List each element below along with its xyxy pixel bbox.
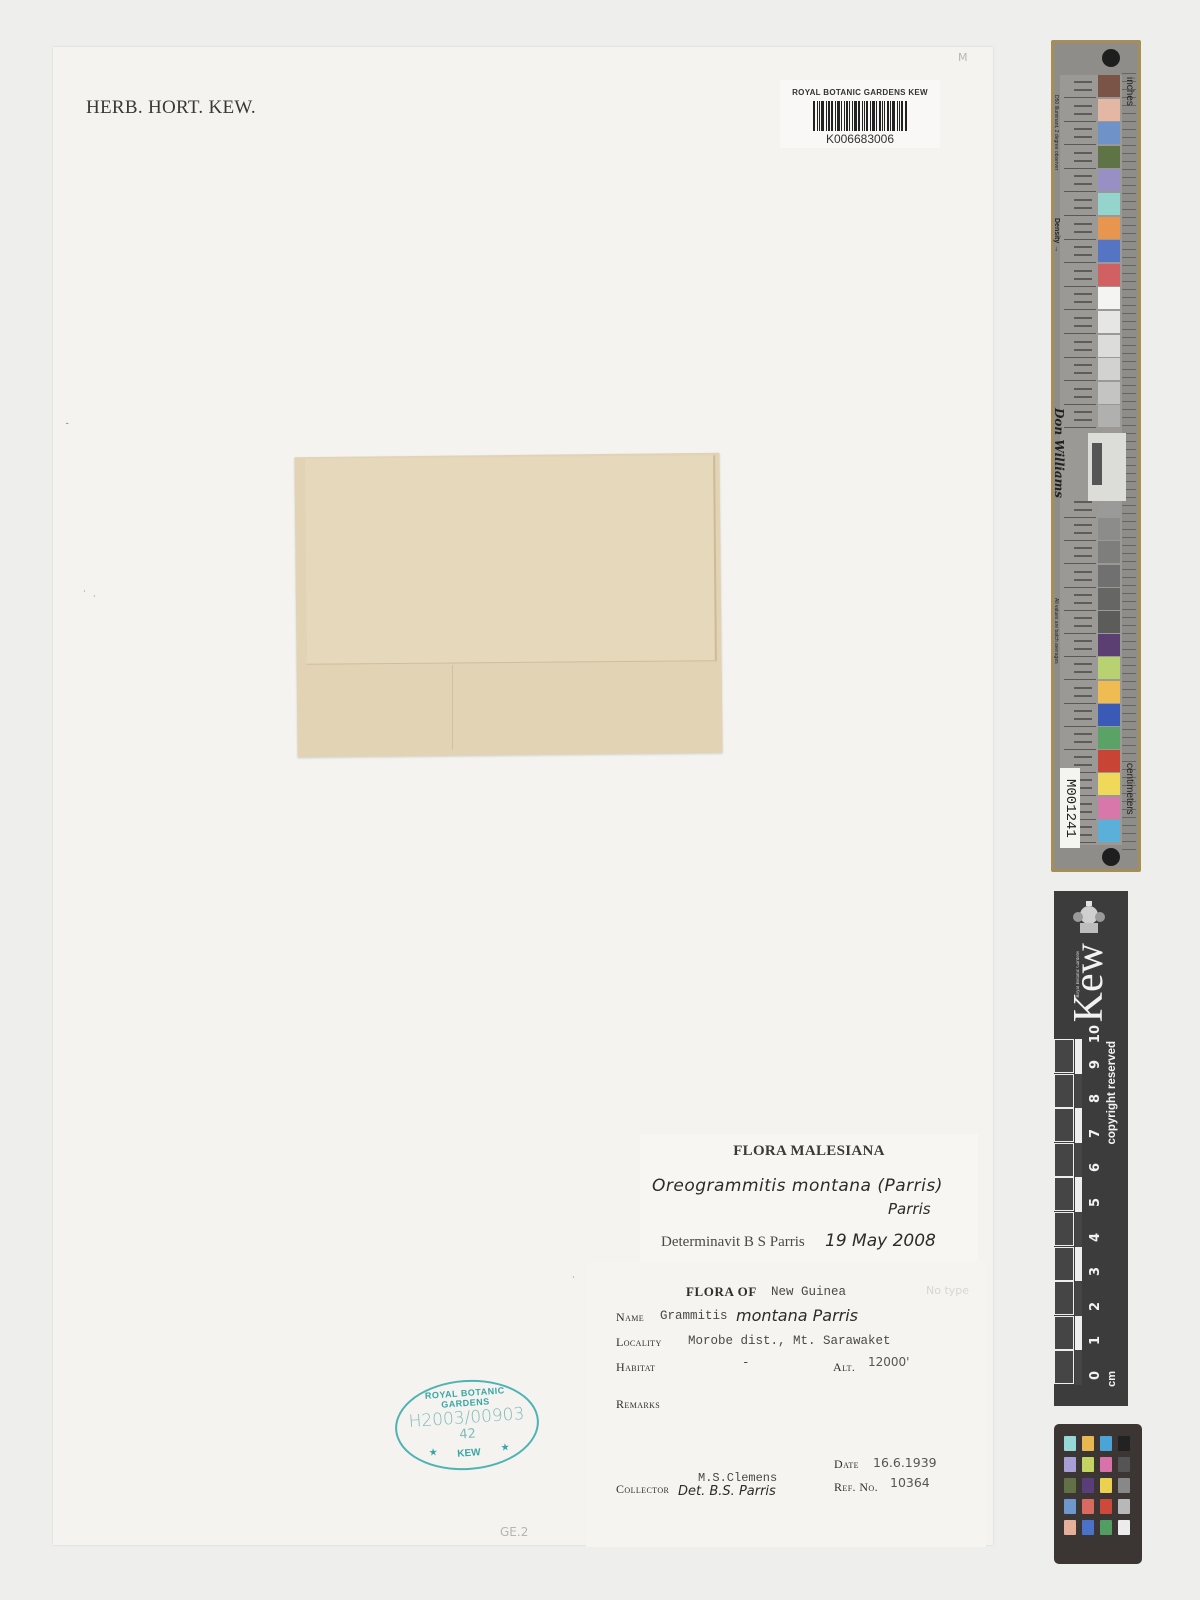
collector-det-note: Det. B.S. Parris [678,1484,776,1499]
checker-patch [1100,1478,1112,1493]
scale-block [1054,1074,1074,1108]
checker-patch [1118,1520,1130,1535]
flora-of-label: FLORA OF [686,1284,757,1300]
name-typed: Grammitis [660,1309,728,1323]
density-cell [1064,146,1096,169]
color-patch [1098,518,1120,540]
checker-patch [1082,1436,1094,1451]
density-cell [1064,611,1096,634]
checker-patch [1100,1520,1112,1535]
habitat-value: - [742,1356,750,1370]
density-cell [1064,193,1096,216]
density-cell [1064,518,1096,541]
stray-mark: · [93,592,96,601]
scale-block [1054,1212,1074,1246]
density-cell [1064,169,1096,192]
density-cell [1064,240,1096,263]
density-cell [1064,565,1096,588]
density-cell [1064,75,1096,98]
barcode-label: ROYAL BOTANIC GARDENS KEW K006683006 [780,80,940,148]
scale-tick-label: 4 [1088,1233,1108,1242]
color-patch [1098,657,1120,679]
specimen-packet[interactable] [296,455,726,777]
color-patch [1098,634,1120,656]
density-cell [1064,681,1096,704]
color-patch [1098,217,1120,239]
density-cell [1064,335,1096,358]
checker-patch [1064,1520,1076,1535]
altitude-label: Alt. [833,1360,855,1375]
scale-tick-label: 6 [1088,1163,1108,1172]
kew-logo: Kew [1064,943,1114,1022]
color-patch [1098,193,1120,215]
scale-alternating-strip [1075,1108,1082,1143]
date-label: Date [834,1457,859,1472]
bottom-pencil-mark: GE.2 [500,1525,528,1539]
density-cell [1064,122,1096,145]
color-patch [1098,820,1120,842]
scale-tick-label: 2 [1088,1302,1108,1311]
scale-block [1054,1316,1074,1350]
kew-accession-stamp: ROYAL BOTANIC GARDENS H2003/00903 42 ★ ★… [392,1375,542,1475]
checker-patch [1064,1457,1076,1472]
color-checker-card [1054,1424,1142,1564]
checker-patch [1100,1499,1112,1514]
color-patch [1098,122,1120,144]
density-cell [1064,217,1096,240]
remarks-label: Remarks [616,1397,660,1412]
det-handwritten-name: Oreogrammitis montana (Parris) [652,1176,943,1196]
scale-blocks [1054,1039,1078,1385]
scale-tick-label: 5 [1088,1198,1108,1207]
ruler-resolution-target [1088,433,1126,501]
color-patch [1098,681,1120,703]
herbarium-sheet: HERB. HORT. KEW. M ROYAL BOTANIC GARDENS… [53,47,993,1545]
scale-alternating-strip [1075,1143,1082,1178]
color-patch [1098,99,1120,121]
ruler-hole-top [1102,49,1120,67]
color-patch [1098,287,1120,309]
density-cell [1064,358,1096,381]
color-patch [1098,75,1120,97]
density-cell [1064,541,1096,564]
checker-patch [1118,1436,1130,1451]
density-cell [1064,382,1096,405]
stray-mark: · [83,587,86,596]
ruler-hole-bottom [1102,848,1120,866]
checker-patch [1082,1499,1094,1514]
kew-logo-subtitle: Royal Botanic Gardens [1076,951,1081,998]
density-cell [1064,634,1096,657]
checker-patch [1118,1478,1130,1493]
collection-date: 16.6.1939 [873,1455,937,1470]
scale-alternating-strip [1075,1247,1082,1282]
density-cell [1064,727,1096,750]
density-cell [1064,704,1096,727]
color-patch [1098,382,1120,404]
herbarium-header: HERB. HORT. KEW. [86,97,256,119]
ruler-id-tag: M001241 [1060,768,1080,848]
scale-block [1054,1108,1074,1142]
barcode-institution: ROYAL BOTANIC GARDENS KEW [780,88,940,97]
checker-patch [1082,1478,1094,1493]
color-patch [1098,405,1120,427]
checker-patch [1064,1499,1076,1514]
collector-label: Collector [616,1482,669,1497]
scale-tick-label: 8 [1088,1094,1108,1103]
scale-block [1054,1177,1074,1211]
scale-tick-label: 3 [1088,1267,1108,1276]
scale-alternating-strip [1075,1316,1082,1351]
scale-tick-label: 0 [1088,1371,1108,1380]
royal-crest-icon [1072,899,1106,939]
color-patch [1098,541,1120,563]
scale-block [1054,1247,1074,1281]
scale-alternating-strip [1075,1177,1082,1212]
scale-alternating-strip [1075,1074,1082,1109]
faint-pencil-note: No type [926,1284,969,1297]
name-label: Name [616,1310,644,1325]
scale-block [1054,1039,1074,1073]
ruler-centimeters-label: centimeters [1124,763,1135,815]
ref-no-value: 10364 [890,1475,930,1490]
scale-alternating-strip [1075,1281,1082,1316]
density-cell [1064,588,1096,611]
color-calibration-ruler: inches centimeters D50 Illuminant, 2 deg… [1051,40,1141,872]
determination-date: 19 May 2008 [825,1231,936,1251]
color-patch [1098,565,1120,587]
density-cell [1064,99,1096,122]
checker-patch [1064,1478,1076,1493]
checker-patch [1100,1436,1112,1451]
checker-patch [1118,1499,1130,1514]
density-cell [1064,405,1096,428]
scale-block [1054,1350,1074,1384]
checker-patch [1082,1520,1094,1535]
scale-tick-label: 9 [1088,1060,1108,1069]
checker-patch [1118,1457,1130,1472]
color-patch [1098,240,1120,262]
color-patch [1098,588,1120,610]
checker-patch [1064,1436,1076,1451]
altitude-value: 12000' [868,1355,909,1369]
flora-of-value: New Guinea [771,1285,846,1299]
scale-tick-label: 7 [1088,1129,1108,1138]
habitat-label: Habitat [616,1360,655,1375]
checker-patch [1082,1457,1094,1472]
color-patch [1098,335,1120,357]
ref-no-label: Ref. No. [834,1480,878,1495]
barcode-number: K006683006 [780,132,940,146]
packet-fold-line [452,665,453,750]
scale-alternating-strip [1075,1039,1082,1074]
color-patch [1098,311,1120,333]
color-patch [1098,358,1120,380]
top-pencil-mark: M [958,51,968,64]
scale-tick-label: 1 [1088,1336,1108,1345]
scale-alternating-strip [1075,1212,1082,1247]
locality-label: Locality [616,1335,662,1350]
det-label-heading: FLORA MALESIANA [640,1143,978,1160]
checker-patch [1100,1457,1112,1472]
ruler-density-label: Density → [1053,218,1060,252]
determination-label: FLORA MALESIANA Oreogrammitis montana (P… [640,1134,978,1262]
packet-flap [305,455,717,665]
ruler-inches-label: inches [1124,77,1135,106]
collection-label: FLORA OF New Guinea No type Name Grammit… [586,1262,986,1547]
ruler-brand-text: Don Williams [1052,408,1066,498]
name-handwritten: montana Parris [736,1306,858,1325]
kew-scale-bar: Kew Royal Botanic Gardens copyright rese… [1054,891,1128,1406]
color-patch [1098,727,1120,749]
scale-block [1054,1143,1074,1177]
density-cell [1064,311,1096,334]
color-patch [1098,797,1120,819]
color-patch [1098,611,1120,633]
scale-alternating-strip [1075,1350,1082,1385]
color-patch [1098,264,1120,286]
density-cell [1064,657,1096,680]
stray-mark: · [572,1273,575,1282]
locality-value: Morobe dist., Mt. Sarawaket [688,1334,891,1348]
color-patch [1098,704,1120,726]
barcode-icon [810,101,910,131]
ruler-illuminant-note: D50 Illuminant, 2 degree observer [1053,95,1059,170]
scale-tick-label: 10 [1088,1025,1108,1043]
density-cell [1064,264,1096,287]
ruler-batch-note: All values are batch averages [1053,598,1059,664]
stamp-kew-text: KEW [399,1443,539,1464]
determinavit-text: Determinavit B S Parris [661,1234,805,1251]
scale-block [1054,1281,1074,1315]
collector-value: M.S.Clemens [698,1471,777,1485]
color-patch [1098,169,1120,191]
density-cell [1064,287,1096,310]
color-patch [1098,146,1120,168]
color-patch [1098,750,1120,772]
color-patch [1098,773,1120,795]
det-handwritten-author: Parris [888,1200,931,1218]
stray-mark: ╴ [66,419,71,428]
